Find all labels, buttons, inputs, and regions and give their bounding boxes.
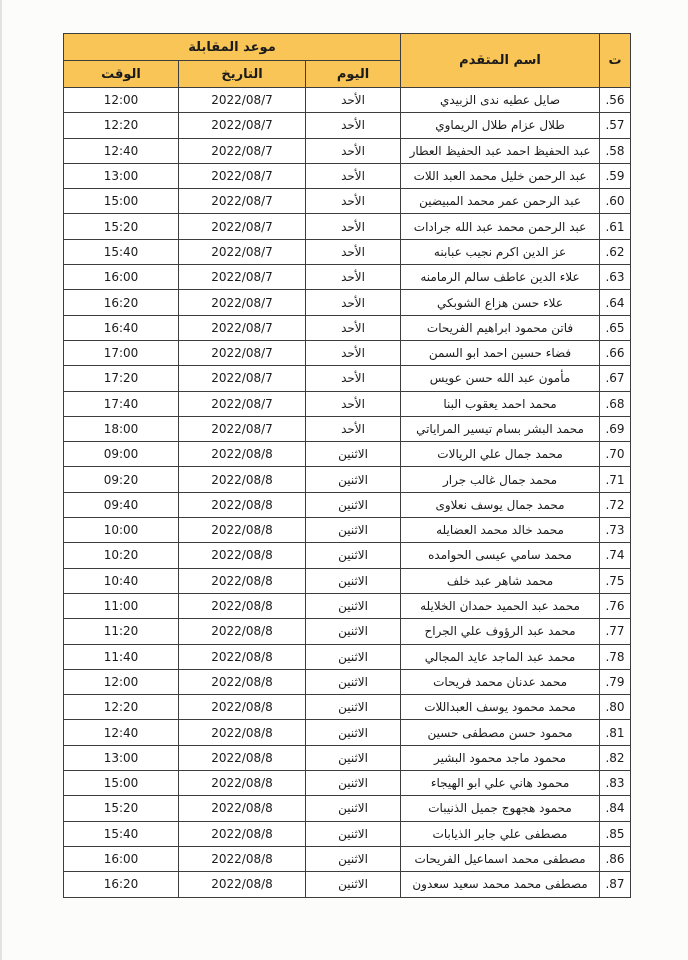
applicant-name-cell: محمد شاهر عبد خلف <box>401 568 600 593</box>
date-cell: 2022/08/7 <box>179 290 306 315</box>
day-cell: الاثنين <box>306 669 401 694</box>
applicant-name-cell: علاء حسن هزاع الشوبكي <box>401 290 600 315</box>
table-row: 62.عز الدين اكرم نجيب عبابنهالأحد2022/08… <box>64 239 631 264</box>
time-cell: 10:20 <box>64 543 179 568</box>
applicant-name-cell: عبد الرحمن عمر محمد المبيضين <box>401 189 600 214</box>
time-cell: 11:00 <box>64 593 179 618</box>
table-row: 86.مصطفى محمد اسماعيل الفريحاتالاثنين202… <box>64 846 631 871</box>
applicant-name-cell: عبد الحفيظ احمد عبد الحفيظ العطار <box>401 138 600 163</box>
applicant-name-cell: محمود حسن مصطفى حسين <box>401 720 600 745</box>
serial-cell: 74. <box>600 543 631 568</box>
day-cell: الأحد <box>306 290 401 315</box>
date-cell: 2022/08/8 <box>179 720 306 745</box>
date-cell: 2022/08/8 <box>179 796 306 821</box>
serial-cell: 76. <box>600 593 631 618</box>
applicant-name-cell: محمد خالد محمد العضايله <box>401 518 600 543</box>
serial-cell: 67. <box>600 366 631 391</box>
serial-cell: 83. <box>600 771 631 796</box>
time-cell: 17:00 <box>64 340 179 365</box>
applicant-name-cell: مصطفى علي جابر الذيابات <box>401 821 600 846</box>
applicant-name-cell: محمد عبد الرؤوف علي الجراح <box>401 619 600 644</box>
serial-cell: 68. <box>600 391 631 416</box>
day-cell: الأحد <box>306 189 401 214</box>
applicant-name-cell: مصطفى محمد محمد سعيد سعدون <box>401 872 600 897</box>
serial-cell: 78. <box>600 644 631 669</box>
table-header: ت اسم المتقدم موعد المقابلة اليوم التاري… <box>64 34 631 88</box>
applicant-name-cell: مأمون عبد الله حسن عويس <box>401 366 600 391</box>
serial-cell: 72. <box>600 492 631 517</box>
table-row: 56.صايل عطيه ندى الزبيديالأحد2022/08/712… <box>64 88 631 113</box>
time-cell: 13:00 <box>64 163 179 188</box>
serial-cell: 65. <box>600 315 631 340</box>
time-cell: 12:00 <box>64 88 179 113</box>
serial-cell: 61. <box>600 214 631 239</box>
applicant-name-cell: علاء الدين عاطف سالم الرمامنه <box>401 265 600 290</box>
applicant-name-cell: مصطفى محمد اسماعيل الفريحات <box>401 846 600 871</box>
applicant-name-cell: طلال عزام طلال الريماوي <box>401 113 600 138</box>
day-cell: الاثنين <box>306 593 401 618</box>
interview-schedule-table: ت اسم المتقدم موعد المقابلة اليوم التاري… <box>63 33 631 898</box>
table-row: 64.علاء حسن هزاع الشوبكيالأحد2022/08/716… <box>64 290 631 315</box>
applicant-name-cell: محمد عبد الماجد عايد المجالي <box>401 644 600 669</box>
time-cell: 18:00 <box>64 416 179 441</box>
serial-cell: 82. <box>600 745 631 770</box>
table-row: 75.محمد شاهر عبد خلفالاثنين2022/08/810:4… <box>64 568 631 593</box>
applicant-name-cell: عبد الرحمن محمد عبد الله جرادات <box>401 214 600 239</box>
day-cell: الاثنين <box>306 644 401 669</box>
time-cell: 11:40 <box>64 644 179 669</box>
serial-cell: 60. <box>600 189 631 214</box>
table-row: 67.مأمون عبد الله حسن عويسالأحد2022/08/7… <box>64 366 631 391</box>
table-row: 68.محمد احمد يعقوب البناالأحد2022/08/717… <box>64 391 631 416</box>
day-cell: الاثنين <box>306 619 401 644</box>
table-row: 57.طلال عزام طلال الريماويالأحد2022/08/7… <box>64 113 631 138</box>
date-cell: 2022/08/7 <box>179 138 306 163</box>
date-cell: 2022/08/8 <box>179 442 306 467</box>
time-cell: 15:00 <box>64 771 179 796</box>
time-cell: 12:20 <box>64 113 179 138</box>
photo-left-edge <box>0 0 2 960</box>
date-cell: 2022/08/8 <box>179 872 306 897</box>
table-row: 77.محمد عبد الرؤوف علي الجراحالاثنين2022… <box>64 619 631 644</box>
serial-cell: 69. <box>600 416 631 441</box>
date-cell: 2022/08/8 <box>179 568 306 593</box>
time-cell: 15:40 <box>64 821 179 846</box>
table-row: 58.عبد الحفيظ احمد عبد الحفيظ العطارالأح… <box>64 138 631 163</box>
day-cell: الأحد <box>306 239 401 264</box>
time-cell: 17:40 <box>64 391 179 416</box>
date-cell: 2022/08/7 <box>179 113 306 138</box>
serial-cell: 81. <box>600 720 631 745</box>
date-cell: 2022/08/8 <box>179 619 306 644</box>
time-cell: 16:20 <box>64 290 179 315</box>
serial-cell: 85. <box>600 821 631 846</box>
header-applicant-name: اسم المتقدم <box>401 34 600 88</box>
day-cell: الأحد <box>306 138 401 163</box>
time-cell: 16:20 <box>64 872 179 897</box>
day-cell: الاثنين <box>306 745 401 770</box>
day-cell: الأحد <box>306 340 401 365</box>
day-cell: الاثنين <box>306 796 401 821</box>
date-cell: 2022/08/7 <box>179 315 306 340</box>
table-body: 56.صايل عطيه ندى الزبيديالأحد2022/08/712… <box>64 88 631 898</box>
table-row: 66.فضاء حسين احمد ابو السمنالأحد2022/08/… <box>64 340 631 365</box>
applicant-name-cell: محمد جمال علي الريالات <box>401 442 600 467</box>
time-cell: 15:20 <box>64 214 179 239</box>
date-cell: 2022/08/8 <box>179 745 306 770</box>
document-sheet: ت اسم المتقدم موعد المقابلة اليوم التاري… <box>63 33 630 898</box>
day-cell: الأحد <box>306 416 401 441</box>
date-cell: 2022/08/8 <box>179 771 306 796</box>
day-cell: الاثنين <box>306 771 401 796</box>
serial-cell: 79. <box>600 669 631 694</box>
time-cell: 16:00 <box>64 846 179 871</box>
table-row: 80.محمد محمود يوسف العبداللاتالاثنين2022… <box>64 695 631 720</box>
header-time: الوقت <box>64 61 179 88</box>
time-cell: 09:20 <box>64 467 179 492</box>
table-row: 70.محمد جمال علي الريالاتالاثنين2022/08/… <box>64 442 631 467</box>
date-cell: 2022/08/7 <box>179 391 306 416</box>
day-cell: الاثنين <box>306 543 401 568</box>
time-cell: 15:40 <box>64 239 179 264</box>
day-cell: الأحد <box>306 366 401 391</box>
date-cell: 2022/08/8 <box>179 492 306 517</box>
day-cell: الاثنين <box>306 821 401 846</box>
date-cell: 2022/08/8 <box>179 467 306 492</box>
date-cell: 2022/08/7 <box>179 88 306 113</box>
serial-cell: 64. <box>600 290 631 315</box>
time-cell: 12:20 <box>64 695 179 720</box>
applicant-name-cell: محمود هجهوج جميل الذنيبات <box>401 796 600 821</box>
applicant-name-cell: محمد جمال غالب جرار <box>401 467 600 492</box>
date-cell: 2022/08/7 <box>179 189 306 214</box>
table-row: 63.علاء الدين عاطف سالم الرمامنهالأحد202… <box>64 265 631 290</box>
serial-cell: 58. <box>600 138 631 163</box>
table-row: 71.محمد جمال غالب جرارالاثنين2022/08/809… <box>64 467 631 492</box>
serial-cell: 66. <box>600 340 631 365</box>
applicant-name-cell: محمد محمود يوسف العبداللات <box>401 695 600 720</box>
table-row: 74.محمد سامي عيسى الحوامدهالاثنين2022/08… <box>64 543 631 568</box>
day-cell: الاثنين <box>306 872 401 897</box>
day-cell: الأحد <box>306 88 401 113</box>
table-row: 82.محمود ماجد محمود البشيرالاثنين2022/08… <box>64 745 631 770</box>
day-cell: الاثنين <box>306 442 401 467</box>
table-row: 72.محمد جمال يوسف نعلاوىالاثنين2022/08/8… <box>64 492 631 517</box>
date-cell: 2022/08/8 <box>179 593 306 618</box>
serial-cell: 57. <box>600 113 631 138</box>
table-row: 87.مصطفى محمد محمد سعيد سعدونالاثنين2022… <box>64 872 631 897</box>
applicant-name-cell: محمد البشر بسام تيسير المراياتي <box>401 416 600 441</box>
table-row: 85.مصطفى علي جابر الذياباتالاثنين2022/08… <box>64 821 631 846</box>
serial-cell: 71. <box>600 467 631 492</box>
day-cell: الاثنين <box>306 518 401 543</box>
serial-cell: 63. <box>600 265 631 290</box>
header-serial: ت <box>600 34 631 88</box>
serial-cell: 75. <box>600 568 631 593</box>
applicant-name-cell: عز الدين اكرم نجيب عبابنه <box>401 239 600 264</box>
time-cell: 12:40 <box>64 720 179 745</box>
time-cell: 12:00 <box>64 669 179 694</box>
date-cell: 2022/08/8 <box>179 518 306 543</box>
applicant-name-cell: محمد جمال يوسف نعلاوى <box>401 492 600 517</box>
applicant-name-cell: فضاء حسين احمد ابو السمن <box>401 340 600 365</box>
day-cell: الاثنين <box>306 846 401 871</box>
table-row: 76.محمد عبد الحميد حمدان الخلايلهالاثنين… <box>64 593 631 618</box>
serial-cell: 62. <box>600 239 631 264</box>
table-row: 65.فاتن محمود ابراهيم الفريحاتالأحد2022/… <box>64 315 631 340</box>
applicant-name-cell: عبد الرحمن خليل محمد العبد اللات <box>401 163 600 188</box>
table-row: 78.محمد عبد الماجد عايد المجاليالاثنين20… <box>64 644 631 669</box>
date-cell: 2022/08/7 <box>179 239 306 264</box>
header-day: اليوم <box>306 61 401 88</box>
time-cell: 15:00 <box>64 189 179 214</box>
time-cell: 11:20 <box>64 619 179 644</box>
applicant-name-cell: محمد عدنان محمد فريحات <box>401 669 600 694</box>
serial-cell: 59. <box>600 163 631 188</box>
date-cell: 2022/08/8 <box>179 846 306 871</box>
date-cell: 2022/08/7 <box>179 163 306 188</box>
day-cell: الاثنين <box>306 467 401 492</box>
day-cell: الاثنين <box>306 720 401 745</box>
date-cell: 2022/08/7 <box>179 265 306 290</box>
table-row: 83.محمود هاني علي ابو الهيجاءالاثنين2022… <box>64 771 631 796</box>
day-cell: الاثنين <box>306 568 401 593</box>
time-cell: 13:00 <box>64 745 179 770</box>
day-cell: الاثنين <box>306 492 401 517</box>
table-row: 59.عبد الرحمن خليل محمد العبد اللاتالأحد… <box>64 163 631 188</box>
date-cell: 2022/08/8 <box>179 644 306 669</box>
table-row: 69.محمد البشر بسام تيسير المراياتيالأحد2… <box>64 416 631 441</box>
serial-cell: 77. <box>600 619 631 644</box>
applicant-name-cell: محمد عبد الحميد حمدان الخلايله <box>401 593 600 618</box>
date-cell: 2022/08/7 <box>179 340 306 365</box>
time-cell: 09:00 <box>64 442 179 467</box>
header-date: التاريخ <box>179 61 306 88</box>
time-cell: 12:40 <box>64 138 179 163</box>
date-cell: 2022/08/8 <box>179 669 306 694</box>
table-row: 73.محمد خالد محمد العضايلهالاثنين2022/08… <box>64 518 631 543</box>
time-cell: 16:00 <box>64 265 179 290</box>
time-cell: 17:20 <box>64 366 179 391</box>
day-cell: الاثنين <box>306 695 401 720</box>
table-row: 61.عبد الرحمن محمد عبد الله جراداتالأحد2… <box>64 214 631 239</box>
time-cell: 10:40 <box>64 568 179 593</box>
day-cell: الأحد <box>306 163 401 188</box>
date-cell: 2022/08/7 <box>179 366 306 391</box>
time-cell: 09:40 <box>64 492 179 517</box>
day-cell: الأحد <box>306 391 401 416</box>
applicant-name-cell: صايل عطيه ندى الزبيدي <box>401 88 600 113</box>
date-cell: 2022/08/7 <box>179 416 306 441</box>
time-cell: 16:40 <box>64 315 179 340</box>
date-cell: 2022/08/8 <box>179 543 306 568</box>
serial-cell: 70. <box>600 442 631 467</box>
header-interview-appointment: موعد المقابلة <box>64 34 401 61</box>
date-cell: 2022/08/7 <box>179 214 306 239</box>
serial-cell: 87. <box>600 872 631 897</box>
applicant-name-cell: فاتن محمود ابراهيم الفريحات <box>401 315 600 340</box>
table-row: 81.محمود حسن مصطفى حسينالاثنين2022/08/81… <box>64 720 631 745</box>
applicant-name-cell: محمد سامي عيسى الحوامده <box>401 543 600 568</box>
table-row: 60.عبد الرحمن عمر محمد المبيضينالأحد2022… <box>64 189 631 214</box>
day-cell: الأحد <box>306 315 401 340</box>
table-row: 84.محمود هجهوج جميل الذنيباتالاثنين2022/… <box>64 796 631 821</box>
date-cell: 2022/08/8 <box>179 695 306 720</box>
time-cell: 10:00 <box>64 518 179 543</box>
serial-cell: 80. <box>600 695 631 720</box>
day-cell: الأحد <box>306 113 401 138</box>
day-cell: الأحد <box>306 265 401 290</box>
serial-cell: 56. <box>600 88 631 113</box>
serial-cell: 86. <box>600 846 631 871</box>
table-row: 79.محمد عدنان محمد فريحاتالاثنين2022/08/… <box>64 669 631 694</box>
applicant-name-cell: محمود هاني علي ابو الهيجاء <box>401 771 600 796</box>
applicant-name-cell: محمود ماجد محمود البشير <box>401 745 600 770</box>
serial-cell: 73. <box>600 518 631 543</box>
applicant-name-cell: محمد احمد يعقوب البنا <box>401 391 600 416</box>
serial-cell: 84. <box>600 796 631 821</box>
date-cell: 2022/08/8 <box>179 821 306 846</box>
time-cell: 15:20 <box>64 796 179 821</box>
day-cell: الأحد <box>306 214 401 239</box>
